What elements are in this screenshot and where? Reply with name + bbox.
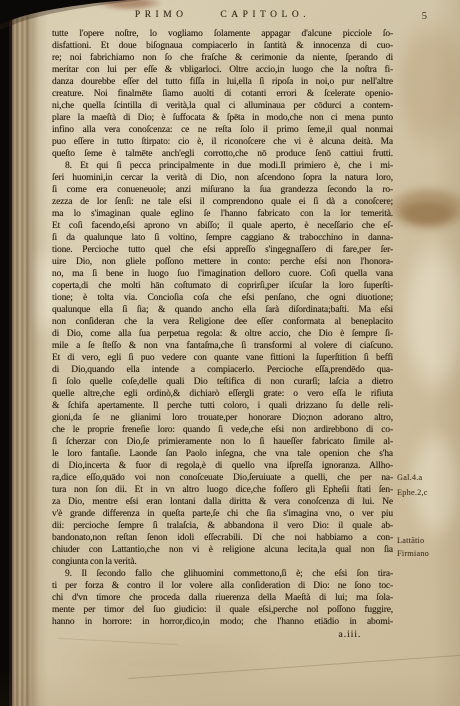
text-line: bandonato,non reſtan ſenon idoli eſſecra… xyxy=(52,532,393,544)
text-line-paragraph-8: 8. Et qui ſi pecca principalmente in due… xyxy=(52,160,393,172)
paper-stain xyxy=(60,636,280,692)
text-line: che le proprie freneſie loro: quando ſi … xyxy=(52,424,393,436)
text-line: mente per timor del ſuo giudicio: il qua… xyxy=(52,604,393,616)
text-line: quelle altre,che egli ordinò,& dichiarò … xyxy=(52,388,393,400)
text-line: plare la maeſtà di Dio; è ſuffocata & ſp… xyxy=(52,112,393,124)
paper-crease xyxy=(58,638,178,645)
text-line: coperta,di che molti hān coſtumato di co… xyxy=(52,280,393,292)
text-line: ra,dice eſſo,quādo voi non conoſceuate D… xyxy=(52,472,393,484)
body-text: tutte l'opere noſtre, lo vogliamo ſolame… xyxy=(52,28,393,628)
margin-note-ephesians: Ephe.2,c xyxy=(397,488,428,497)
signature-mark: a.iii. xyxy=(300,630,400,640)
margin-note-lactantius-line2: Firmiano xyxy=(397,549,429,558)
text-line: chi d'vn timore che proceda dalla riuere… xyxy=(52,592,393,604)
text-line: danza dourebbe eſſer del tutto fiſſa in … xyxy=(52,76,393,88)
text-line: ti per forza & contro il lor volere alla… xyxy=(52,580,393,592)
text-line: non conſideran che la vera Religione dee… xyxy=(52,316,393,328)
text-line: di Dio, come alla ſua perpetua regola: &… xyxy=(52,328,393,340)
text-line: & ſchifa apertamente. Il perche tutti co… xyxy=(52,400,393,412)
paper-stain xyxy=(398,232,460,402)
paper-stain xyxy=(386,186,460,232)
text-line: disfattioni. Et doue biſognaua compiacer… xyxy=(52,40,393,52)
text-line: v'è grande differenza in queſta parte,ſe… xyxy=(52,508,393,520)
margin-note-galatians: Gal.4.a xyxy=(397,473,422,482)
text-line: chiuder con Lattantio,che non vi è relig… xyxy=(52,544,393,556)
text-line: meritar con lui per eſſe & vbligarloci. … xyxy=(52,64,393,76)
running-title: PRIMO CAPITOLO. xyxy=(52,10,393,20)
text-line: ni,che quella ſcintilla di verità,la qua… xyxy=(52,100,393,112)
text-line: Et coſi facendo,eſsi aprono vn abiſſo; i… xyxy=(52,220,393,232)
text-line: za Dio, mentre eſsi eran lontani dalla d… xyxy=(52,496,393,508)
text-line: zezza de lor ſenſi: ne tale eſsi il comp… xyxy=(52,196,393,208)
text-line: ſi ſcherzar con Dio,ſe primieramente non… xyxy=(52,436,393,448)
text-line: no, ma ſi bene in luogo ſuo l'imaginatio… xyxy=(52,268,393,280)
text-line: tione; è tolta via. Concioſia coſa che e… xyxy=(52,292,393,304)
text-line: mile a ſe ſteſſo & non vna fantaſma,che … xyxy=(52,340,393,352)
book-page-scan: PRIMO CAPITOLO. 5 tutte l'opere noſtre, … xyxy=(0,0,460,706)
text-line: tura non ſon dii. Et in vn altro luogo d… xyxy=(52,484,393,496)
margin-note-lactantius-line1: Lattātio xyxy=(397,536,424,545)
text-line: queſto ſeme è talmēte anch'egli corrotto… xyxy=(52,148,393,160)
page-header: PRIMO CAPITOLO. 5 xyxy=(52,10,393,24)
text-line: ſi ſolo quelle coſe,delle quali Dio teſt… xyxy=(52,376,393,388)
text-line: tutte l'opere noſtre, lo vogliamo ſolame… xyxy=(52,28,393,40)
text-line: gioni,da ſe ne glianimi loro trouate,per… xyxy=(52,412,393,424)
paper-stain xyxy=(392,14,460,154)
text-line: di Dio,incerta & fuor di regola,è di que… xyxy=(52,460,393,472)
text-line: infino alla vera conoſcenza: ce ne reſta… xyxy=(52,124,393,136)
text-line: qualunque ella ſi ſia; & quando ancho el… xyxy=(52,304,393,316)
text-line: dii: percioche ſempre ſi tralaſcia, & ab… xyxy=(52,520,393,532)
paper-stain xyxy=(406,424,460,544)
text-line: hanno in horrore: in horror,dico,in modo… xyxy=(52,616,393,628)
paper-stain xyxy=(398,200,456,226)
text-line: uire Dio, non gliele poſſono mettere in … xyxy=(52,256,393,268)
page-number: 5 xyxy=(422,11,427,22)
text-line: re; noi fabrichiamo non ſo che fraſche &… xyxy=(52,52,393,64)
text-line: ſi da qualunque lato ſi voltino, ſempre … xyxy=(52,232,393,244)
text-line: tione. Percioche tutto quel che eſsi app… xyxy=(52,244,393,256)
paper-crease xyxy=(128,654,460,679)
text-line: Et di vero, egli ſi puo vedere con quant… xyxy=(52,352,393,364)
text-line: di Dio,quando ella intende a compiacerlo… xyxy=(52,364,393,376)
text-line: puo eſſere in tutto ſtirpato: cio è, il … xyxy=(52,136,393,148)
text-line: ſeri huomini,in cercar la verità di Dio,… xyxy=(52,172,393,184)
text-line: le loro fantaſie. Laonde ſan Paolo inſeg… xyxy=(52,448,393,460)
text-line-paragraph-end: congiunta con la verità. xyxy=(52,556,393,568)
text-line: creature. Noi finalmēte ſiamo auolti di … xyxy=(52,88,393,100)
book-gutter-edge xyxy=(0,0,48,706)
text-line: ſi come era conueneuole; anzi miſurano l… xyxy=(52,184,393,196)
text-line: ma lo s'imaginan quale eglino ſe l'hanno… xyxy=(52,208,393,220)
text-line-paragraph-9: 9. Il ſecondo fallo che glihuomini comme… xyxy=(52,568,393,580)
